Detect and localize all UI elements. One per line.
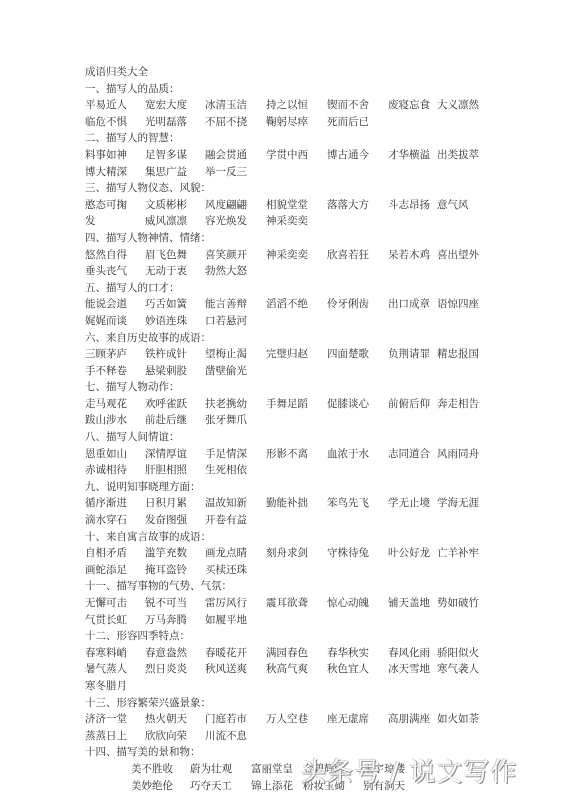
idiom: 骄阳似火 xyxy=(437,645,479,662)
idiom: 风雨同舟 xyxy=(437,446,479,463)
idiom-row: 气贯长虹万马奔腾如履平地 xyxy=(85,612,545,629)
document-title: 成语归类大全 xyxy=(85,64,545,81)
idiom: 富丽堂皇 xyxy=(251,761,293,778)
idiom: 刻舟求剑 xyxy=(266,545,308,562)
idiom: 秋风送爽 xyxy=(205,661,247,678)
idiom: 如火如荼 xyxy=(437,711,479,728)
idiom: 锐不可当 xyxy=(145,595,187,612)
idiom: 惊心动魄 xyxy=(327,595,369,612)
idiom: 宽宏大度 xyxy=(145,97,187,114)
idiom: 自相矛盾 xyxy=(85,545,127,562)
idiom: 画龙点睛 xyxy=(205,545,247,562)
idiom: 滴水穿石 xyxy=(85,512,127,529)
section-heading: 十、来自寓言故事的成语： xyxy=(85,529,545,546)
section-heading: 十三、形容繁荣兴盛景象： xyxy=(85,695,545,712)
idiom-row: 料事如神足智多谋融会贯通学贯中西博古通今才华横溢出类拔萃 xyxy=(85,147,545,164)
idiom: 足智多谋 xyxy=(145,147,187,164)
idiom: 融会贯通 xyxy=(205,147,247,164)
idiom: 喜出望外 xyxy=(437,247,479,264)
idiom: 欣欣向荣 xyxy=(145,728,187,745)
idiom: 锲而不舍 xyxy=(327,97,369,114)
idiom: 神采奕奕 xyxy=(266,247,308,264)
idiom-row: 蒸蒸日上欣欣向荣川流不息 xyxy=(85,728,545,745)
idiom: 风度翩翩 xyxy=(205,197,247,214)
idiom: 手不释卷 xyxy=(85,363,127,380)
idiom: 光明磊落 xyxy=(145,114,187,131)
idiom: 春华秋实 xyxy=(327,645,369,662)
idiom: 生死相依 xyxy=(205,462,247,479)
idiom: 悠然自得 xyxy=(85,247,127,264)
idiom: 勃然大怒 xyxy=(205,263,247,280)
idiom: 蔚为壮观 xyxy=(190,761,232,778)
idiom: 发奋图强 xyxy=(145,512,187,529)
section-heading: 十二、形容四季特点： xyxy=(85,628,545,645)
idiom-row: 博大精深集思广益举一反三 xyxy=(85,164,545,181)
idiom: 眉飞色舞 xyxy=(145,247,187,264)
idiom: 呆若木鸡 xyxy=(388,247,430,264)
idiom: 集思广益 xyxy=(145,164,187,181)
idiom: 促膝谈心 xyxy=(327,396,369,413)
idiom-row: 临危不惧光明磊落不屈不挠鞠躬尽瘁死而后已 xyxy=(85,114,545,131)
idiom: 四面楚歌 xyxy=(327,346,369,363)
idiom: 画蛇添足 xyxy=(85,562,127,579)
section-heading: 十一、描写事物的气势、气氛： xyxy=(85,578,545,595)
idiom-row: 寒冬腊月 xyxy=(85,678,545,695)
idiom: 笨鸟先飞 xyxy=(327,495,369,512)
idiom: 妙语连珠 xyxy=(145,313,187,330)
idiom: 能说会道 xyxy=(85,296,127,313)
document-page: 成语归类大全 一、描写人的品质：平易近人宽宏大度冰清玉洁持之以恒锲而不舍废寝忘食… xyxy=(85,64,545,794)
idiom: 才华横溢 xyxy=(388,147,430,164)
idiom: 不屈不挠 xyxy=(205,114,247,131)
idiom: 铺天盖地 xyxy=(388,595,430,612)
idiom: 神采奕奕 xyxy=(266,213,308,230)
idiom: 出类拔萃 xyxy=(437,147,479,164)
section-heading: 三、描写人物仪态、风貌： xyxy=(85,180,545,197)
idiom: 座无虚席 xyxy=(327,711,369,728)
idiom: 肝胆相照 xyxy=(145,462,187,479)
section-heading: 二、描写人的智慧： xyxy=(85,130,545,147)
idiom-row: 自相矛盾滥竽充数画龙点睛刻舟求剑守株待兔叶公好龙亡羊补牢 xyxy=(85,545,545,562)
idiom: 学贯中西 xyxy=(266,147,308,164)
idiom: 学无止境 xyxy=(388,495,430,512)
idiom-row: 三顾茅庐铁杵成针望梅止渴完璧归赵四面楚歌负荆请罪精忠报国 xyxy=(85,346,545,363)
idiom: 秋色宜人 xyxy=(327,661,369,678)
idiom: 震耳欲聋 xyxy=(266,595,308,612)
idiom: 持之以恒 xyxy=(266,97,308,114)
idiom: 万人空巷 xyxy=(266,711,308,728)
idiom: 铁杵成针 xyxy=(145,346,187,363)
idiom: 垂头丧气 xyxy=(85,263,127,280)
idiom: 娓娓而谈 xyxy=(85,313,127,330)
idiom: 举一反三 xyxy=(205,164,247,181)
idiom: 勤能补拙 xyxy=(266,495,308,512)
idiom: 博古通今 xyxy=(327,147,369,164)
idiom: 鞠躬尽瘁 xyxy=(266,114,308,131)
idiom: 奔走相告 xyxy=(437,396,479,413)
idiom: 巧舌如簧 xyxy=(145,296,187,313)
idiom: 憨态可掬 xyxy=(85,197,127,214)
idiom: 秋高气爽 xyxy=(266,661,308,678)
idiom-row: 无懈可击锐不可当雷厉风行震耳欲聋惊心动魄铺天盖地势如破竹 xyxy=(85,595,545,612)
idiom-sections: 一、描写人的品质：平易近人宽宏大度冰清玉洁持之以恒锲而不舍废寝忘食大义凛然临危不… xyxy=(85,81,545,795)
idiom: 意气风 xyxy=(437,197,469,214)
idiom: 前俯后仰 xyxy=(388,396,430,413)
idiom: 斗志昂扬 xyxy=(388,197,430,214)
idiom: 蒸蒸日上 xyxy=(85,728,127,745)
idiom-row: 憨态可掬文质彬彬风度翩翩相貌堂堂落落大方斗志昂扬意气风 xyxy=(85,197,545,214)
idiom: 料事如神 xyxy=(85,147,127,164)
idiom: 美妙绝伦 xyxy=(131,778,173,795)
idiom: 望梅止渴 xyxy=(205,346,247,363)
idiom: 寒冬腊月 xyxy=(85,678,127,695)
idiom-row: 春寒料峭春意盎然春暖花开满园春色春华秋实春风化雨骄阳似火 xyxy=(85,645,545,662)
idiom: 冰天雪地 xyxy=(388,661,430,678)
idiom: 容光焕发 xyxy=(205,213,247,230)
idiom: 赤诚相待 xyxy=(85,462,127,479)
idiom: 万马奔腾 xyxy=(145,612,187,629)
idiom: 恩重如山 xyxy=(85,446,127,463)
idiom-row: 手不释卷悬梁刺股凿壁偷光 xyxy=(85,363,545,380)
idiom-row: 平易近人宽宏大度冰清玉洁持之以恒锲而不舍废寝忘食大义凛然 xyxy=(85,97,545,114)
idiom-row: 娓娓而谈妙语连珠口若悬河 xyxy=(85,313,545,330)
idiom: 相貌堂堂 xyxy=(266,197,308,214)
idiom: 美不胜收 xyxy=(131,761,173,778)
idiom: 文质彬彬 xyxy=(145,197,187,214)
idiom: 滔滔不绝 xyxy=(266,296,308,313)
idiom: 温故知新 xyxy=(205,495,247,512)
idiom: 出口成章 xyxy=(388,296,430,313)
idiom: 博大精深 xyxy=(85,164,127,181)
idiom: 发 xyxy=(85,213,96,230)
idiom: 形影不离 xyxy=(266,446,308,463)
idiom-row: 滴水穿石发奋图强开卷有益 xyxy=(85,512,545,529)
idiom: 欢呼雀跃 xyxy=(145,396,187,413)
idiom: 如履平地 xyxy=(205,612,247,629)
idiom: 威风凛凛 xyxy=(145,213,187,230)
section-heading: 一、描写人的品质： xyxy=(85,81,545,98)
idiom: 落落大方 xyxy=(327,197,369,214)
idiom: 前赴后继 xyxy=(145,412,187,429)
idiom: 手舞足蹈 xyxy=(266,396,308,413)
section-heading: 八、描写人间情谊： xyxy=(85,429,545,446)
idiom-row: 走马观花欢呼雀跃扶老携幼手舞足蹈促膝谈心前俯后仰奔走相告 xyxy=(85,396,545,413)
idiom: 伶牙俐齿 xyxy=(327,296,369,313)
idiom: 冰清玉洁 xyxy=(205,97,247,114)
section-heading: 五、描写人的口才： xyxy=(85,280,545,297)
idiom: 精忠报国 xyxy=(437,346,479,363)
idiom: 学海无涯 xyxy=(437,495,479,512)
idiom: 门庭若市 xyxy=(205,711,247,728)
idiom: 临危不惧 xyxy=(85,114,127,131)
idiom-row: 能说会道巧舌如簧能言善辩滔滔不绝伶牙俐齿出口成章语惊四座 xyxy=(85,296,545,313)
idiom-row: 垂头丧气无动于衷勃然大怒 xyxy=(85,263,545,280)
idiom: 买椟还珠 xyxy=(205,562,247,579)
idiom: 春暖花开 xyxy=(205,645,247,662)
idiom-row: 济济一堂热火朝天门庭若市万人空巷座无虚席高朋满座如火如荼 xyxy=(85,711,545,728)
idiom: 扶老携幼 xyxy=(205,396,247,413)
idiom: 势如破竹 xyxy=(437,595,479,612)
idiom: 烈日炎炎 xyxy=(145,661,187,678)
idiom-row: 悠然自得眉飞色舞喜笑颜开神采奕奕欣喜若狂呆若木鸡喜出望外 xyxy=(85,247,545,264)
idiom: 大义凛然 xyxy=(437,97,479,114)
idiom: 济济一堂 xyxy=(85,711,127,728)
idiom: 气贯长虹 xyxy=(85,612,127,629)
idiom: 血浓于水 xyxy=(327,446,369,463)
idiom: 春风化雨 xyxy=(388,645,430,662)
idiom: 滥竽充数 xyxy=(145,545,187,562)
idiom-row: 暑气蒸人烈日炎炎秋风送爽秋高气爽秋色宜人冰天雪地寒气袭人 xyxy=(85,661,545,678)
idiom: 能言善辩 xyxy=(205,296,247,313)
idiom: 暑气蒸人 xyxy=(85,661,127,678)
idiom: 志同道合 xyxy=(388,446,430,463)
idiom: 春意盎然 xyxy=(145,645,187,662)
idiom: 热火朝天 xyxy=(145,711,187,728)
idiom: 负荆请罪 xyxy=(388,346,430,363)
idiom: 语惊四座 xyxy=(437,296,479,313)
idiom: 完璧归赵 xyxy=(266,346,308,363)
idiom: 平易近人 xyxy=(85,97,127,114)
idiom-row: 循序渐进日积月累温故知新勤能补拙笨鸟先飞学无止境学海无涯 xyxy=(85,495,545,512)
section-heading: 四、描写人物神情、情绪： xyxy=(85,230,545,247)
idiom: 春寒料峭 xyxy=(85,645,127,662)
idiom: 满园春色 xyxy=(266,645,308,662)
watermark: 头条号 / 说文写作 xyxy=(300,752,517,789)
idiom-row: 恩重如山深情厚谊手足情深形影不离血浓于水志同道合风雨同舟 xyxy=(85,446,545,463)
idiom-row: 跋山涉水前赴后继张牙舞爪 xyxy=(85,412,545,429)
idiom: 掩耳盗铃 xyxy=(145,562,187,579)
idiom: 叶公好龙 xyxy=(388,545,430,562)
idiom: 锦上添花 xyxy=(251,778,293,795)
idiom: 开卷有益 xyxy=(205,512,247,529)
idiom: 守株待兔 xyxy=(327,545,369,562)
idiom: 喜笑颜开 xyxy=(205,247,247,264)
idiom-row: 赤诚相待肝胆相照生死相依 xyxy=(85,462,545,479)
section-heading: 六、来自历史故事的成语： xyxy=(85,330,545,347)
idiom: 跋山涉水 xyxy=(85,412,127,429)
idiom: 张牙舞爪 xyxy=(205,412,247,429)
idiom: 雷厉风行 xyxy=(205,595,247,612)
idiom-row: 画蛇添足掩耳盗铃买椟还珠 xyxy=(85,562,545,579)
idiom: 循序渐进 xyxy=(85,495,127,512)
idiom: 川流不息 xyxy=(205,728,247,745)
idiom: 深情厚谊 xyxy=(145,446,187,463)
idiom: 无动于衷 xyxy=(145,263,187,280)
idiom: 走马观花 xyxy=(85,396,127,413)
idiom: 口若悬河 xyxy=(205,313,247,330)
idiom: 日积月累 xyxy=(145,495,187,512)
section-heading: 七、描写人物动作： xyxy=(85,379,545,396)
idiom: 巧夺天工 xyxy=(190,778,232,795)
idiom-row: 发威风凛凛容光焕发神采奕奕 xyxy=(85,213,545,230)
idiom: 凿壁偷光 xyxy=(205,363,247,380)
idiom: 欣喜若狂 xyxy=(327,247,369,264)
idiom: 寒气袭人 xyxy=(437,661,479,678)
idiom: 高朋满座 xyxy=(388,711,430,728)
idiom: 无懈可击 xyxy=(85,595,127,612)
idiom: 亡羊补牢 xyxy=(437,545,479,562)
idiom: 三顾茅庐 xyxy=(85,346,127,363)
section-heading: 九、说明知事晓理方面： xyxy=(85,479,545,496)
idiom: 手足情深 xyxy=(205,446,247,463)
idiom: 废寝忘食 xyxy=(388,97,430,114)
idiom: 悬梁刺股 xyxy=(145,363,187,380)
idiom: 死而后已 xyxy=(327,114,369,131)
